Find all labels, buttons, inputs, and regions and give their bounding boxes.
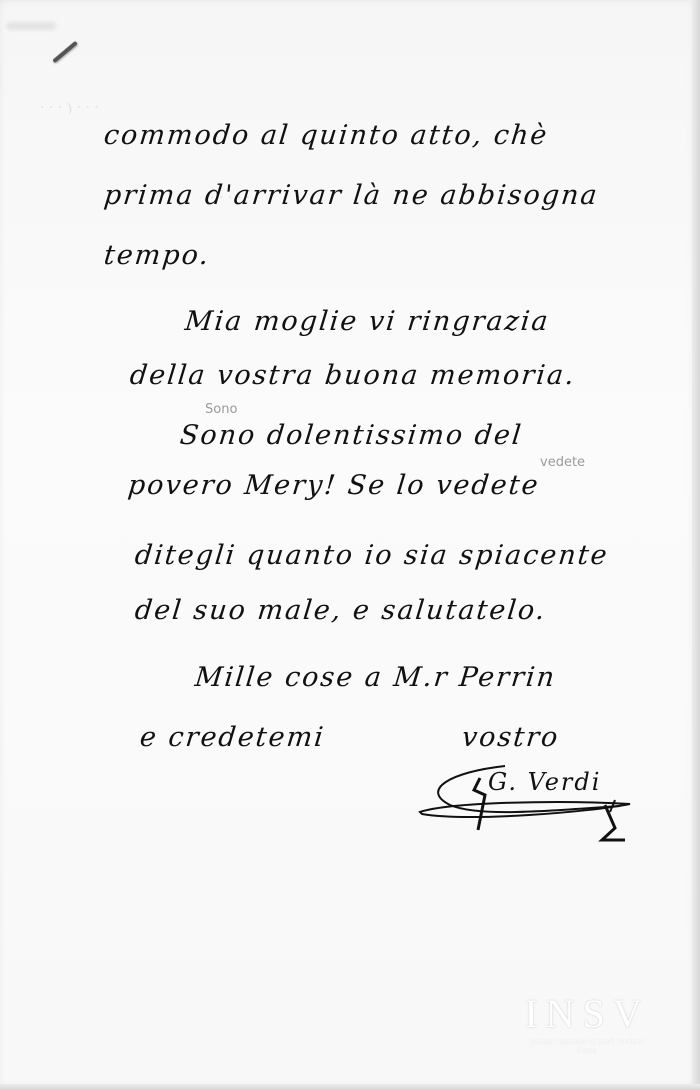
pencil-annotation-sono: Sono	[205, 402, 237, 417]
letter-line-12: vostro	[460, 722, 561, 753]
letter-line-11: e credetemi	[138, 722, 326, 753]
watermark-letters: INSV	[512, 990, 662, 1037]
letter-line-9: del suo male, e salutatelo.	[133, 595, 548, 626]
letter-line-3: tempo.	[102, 240, 211, 271]
letter-line-1: commodo al quinto atto, chè	[102, 120, 550, 151]
paper-stain	[6, 22, 56, 30]
watermark-subtitle: Istituto Nazionale di Studi Verdiani	[512, 1037, 662, 1046]
watermark-subtitle-2: Parma	[512, 1046, 662, 1055]
bleed-through-text: · · · ( · · ·	[40, 100, 99, 116]
letter-line-7: povero Mery! Se lo vedete	[126, 470, 541, 501]
letter-line-2: prima d'arrivar là ne abbisogna	[102, 180, 600, 211]
letter-line-6: Sono dolentissimo del	[178, 420, 524, 451]
letter-page: · · · ( · · · · · · · · commodo al quint…	[0, 0, 700, 1090]
letter-line-5: della vostra buona memoria.	[128, 360, 577, 391]
page-edge-bottom	[0, 1084, 700, 1090]
pencil-annotation-vedete: vedete	[540, 455, 585, 470]
staple-icon	[52, 41, 78, 63]
signature-name: G. Verdi	[488, 768, 601, 796]
signature: G. Verdi	[410, 760, 640, 850]
letter-line-8: ditegli quanto io sia spiacente	[133, 540, 610, 571]
letter-line-4: Mia moglie vi ringrazia	[183, 306, 551, 337]
insv-watermark-logo: INSV Istituto Nazionale di Studi Verdian…	[512, 990, 662, 1050]
page-edge-right	[692, 0, 700, 1090]
letter-line-10: Mille cose a M.r Perrin	[193, 662, 557, 693]
